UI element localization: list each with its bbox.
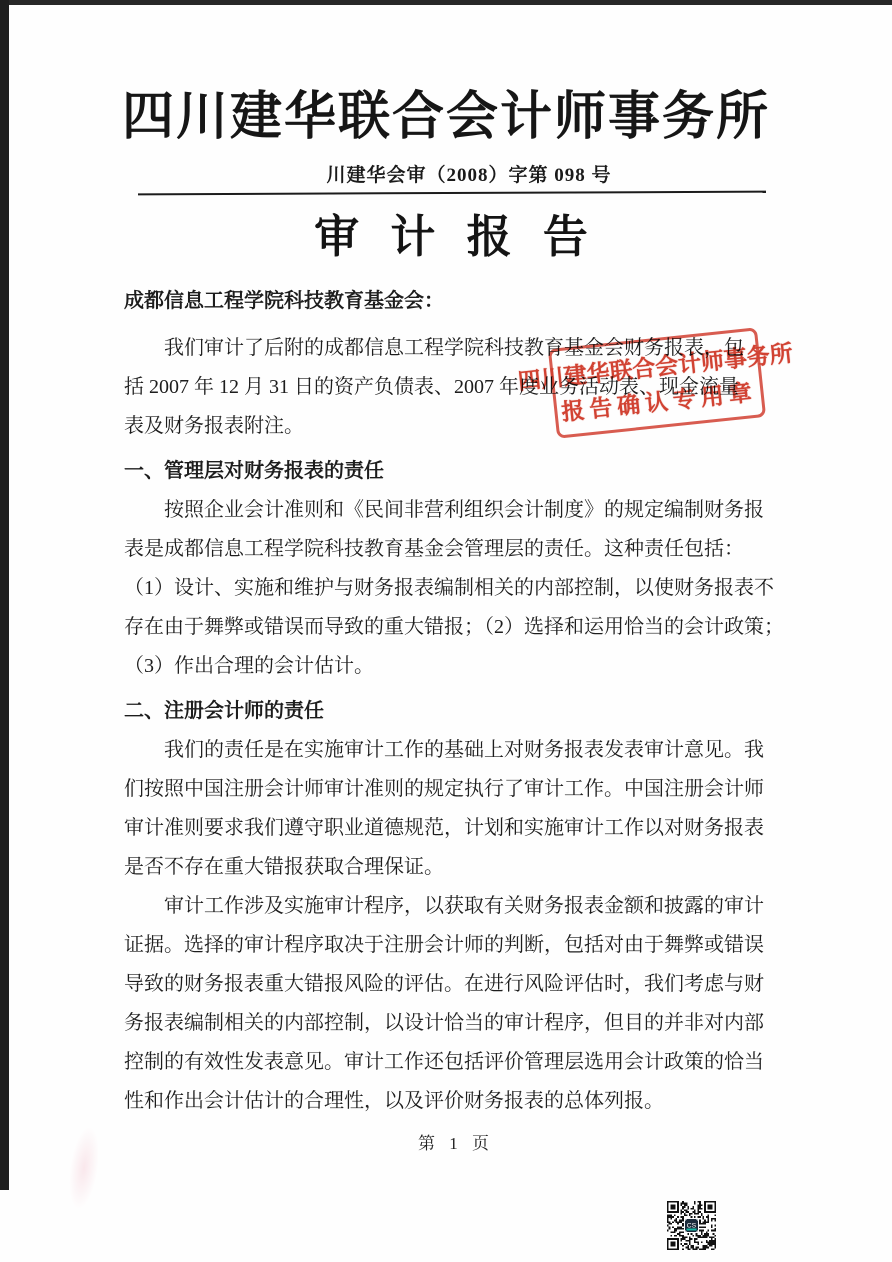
report-title: 审 计 报 告 (0, 200, 892, 265)
scanned-page: 四川建华联合会计师事务所 川建华会审（2008）字第 098 号 审 计 报 告… (0, 0, 892, 1262)
reference-number: 川建华会审（2008）字第 098 号 (138, 160, 766, 187)
section-1-heading: 一、管理层对财务报表的责任 (124, 452, 788, 491)
svg-text:CS: CS (687, 1222, 697, 1229)
qr-code-icon: CS (667, 1201, 716, 1250)
section-2-paragraph-2: 审计工作涉及实施审计程序，以获取有关财务报表金额和披露的审计 证据。选择的审计程… (124, 887, 788, 1121)
reference-block: 川建华会审（2008）字第 098 号 (138, 160, 766, 194)
section-2-paragraph-1: 我们的责任是在实施审计工作的基础上对财务报表发表审计意见。我 们按照中国注册会计… (124, 731, 788, 887)
header-rule (138, 191, 766, 196)
section-2-heading: 二、注册会计师的责任 (124, 692, 788, 731)
scan-edge-top (0, 0, 892, 5)
section-1-paragraph: 按照企业会计准则和《民间非营利组织会计制度》的规定编制财务报 表是成都信息工程学… (124, 491, 788, 686)
ink-smudge (64, 1124, 103, 1211)
addressee: 成都信息工程学院科技教育基金会： (124, 282, 788, 321)
page-number: 第 1 页 (124, 1124, 788, 1163)
firm-name: 四川建华联合会计师事务所 (0, 74, 892, 149)
scan-edge-left (0, 0, 9, 1190)
